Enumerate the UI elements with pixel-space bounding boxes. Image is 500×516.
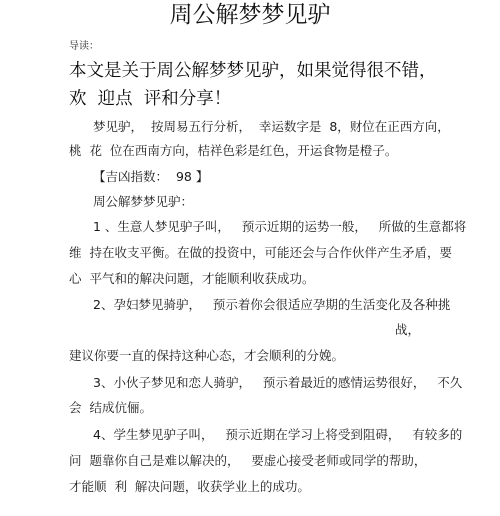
item-4-line-2: 问 题靠你自己是难以解决的， 要虚心接受老师或同学的帮助， <box>69 455 426 468</box>
item-2-line-3: 建议你要一直的保持这种心态，才会顺利的分娩。 <box>69 350 344 363</box>
intro-line-2: 桃 花 位在西南方向，桔祥色彩是红色，开运食物是橙子。 <box>69 145 397 158</box>
luck-index: 【吉凶指数： 98 】 <box>93 171 208 184</box>
item-3-line-2: 会 结成伉俪。 <box>69 402 152 415</box>
item-1-line-2: 维 持在收支平衡。在做的投资中，可能还会与合作伙伴产生矛盾，要 <box>69 247 452 260</box>
document-title: 周公解梦梦见驴 <box>0 4 500 27</box>
item-4-line-1: 4、学生梦见驴子叫， 预示近期在学习上将受到阻碍， 有较多的 <box>93 429 462 442</box>
item-1-line-3: 心 平气和的解决问题，才能顺利收获成功。 <box>69 273 314 286</box>
item-2-line-2: 战， <box>395 324 420 337</box>
item-3-line-1: 3、小伙子梦见和恋人骑驴， 预示着最近的感情运势很好， 不久 <box>93 377 462 390</box>
item-2-line-1: 2、孕妇梦见骑驴， 预示着你会很适应孕期的生活变化及各种挑 <box>93 299 450 312</box>
item-1-line-1: 1 、生意人梦见驴子叫， 预示近期的运势一般， 所做的生意都将 <box>93 221 466 234</box>
section-heading: 周公解梦梦见驴： <box>93 196 193 209</box>
lead-line-1: 本文是关于周公解梦梦见驴，如果觉得很不错， <box>69 63 437 81</box>
guide-label: 导读： <box>69 42 99 52</box>
intro-line-1: 梦见驴， 按周易五行分析， 幸运数字是 8，财位在正西方向， <box>93 121 450 134</box>
lead-line-2: 欢 迎点 评和分享！ <box>69 91 231 109</box>
item-4-line-3: 才能顺 利 解决问题，收获学业上的成功。 <box>69 481 310 494</box>
